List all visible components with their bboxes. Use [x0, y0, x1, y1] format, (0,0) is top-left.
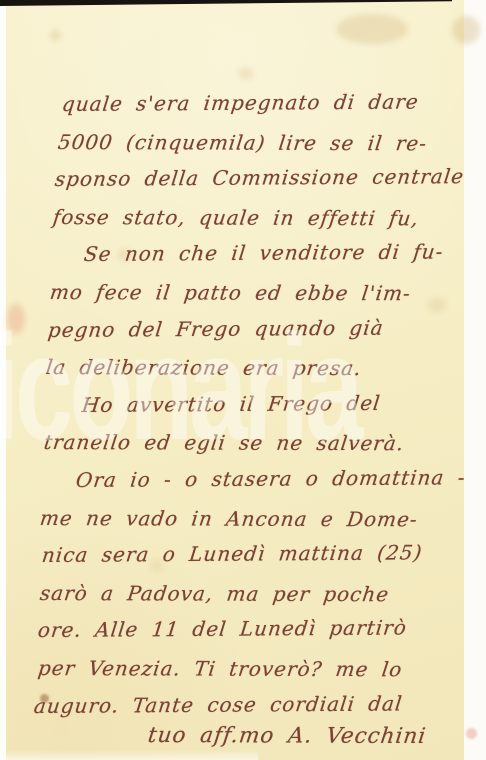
signature-line: tuo aff.mo A. Vecchini [146, 717, 486, 756]
letter-line: per Venezia. Ti troverò? me lo [36, 650, 486, 689]
letter-line: ore. Alle 11 del Lunedì partirò [36, 609, 486, 650]
letter-line: pegno del Frego quando già [46, 309, 486, 350]
foxing-stain [336, 14, 408, 44]
foxing-stain [50, 30, 61, 41]
letter-line: Ora io - o stasera o domattina - [74, 459, 486, 499]
letter-line: 5000 (cinquemila) lire se il re- [56, 124, 486, 163]
handwritten-letter-body: quale s'era impegnato di dare5000 (cinqu… [0, 86, 486, 755]
letter-line: la deliberazione era presa. [44, 349, 486, 388]
letter-line: quale s'era impegnato di dare [60, 83, 486, 124]
letter-line: Ho avvertito il Frego del [80, 384, 486, 424]
letter-line: sponso della Commissione centrale [53, 158, 486, 199]
letter-line: mo fece il patto ed ebbe l'im- [48, 274, 486, 313]
letter-line: tranello ed egli se ne salverà. [42, 424, 486, 463]
letter-line: fosse stato, quale in effetti fu, [51, 199, 486, 238]
letter-photograph: quale s'era impegnato di dare5000 (cinqu… [0, 0, 486, 760]
letter-line: sarò a Padova, ma per poche [38, 575, 486, 614]
letter-line: Se non che il venditore di fu- [82, 234, 486, 274]
letter-line: nica sera o Lunedì mattina (25) [40, 534, 486, 575]
letter-line: me ne vado in Ancona e Dome- [38, 500, 486, 539]
foxing-stain [452, 16, 480, 44]
foxing-stain [238, 68, 254, 79]
